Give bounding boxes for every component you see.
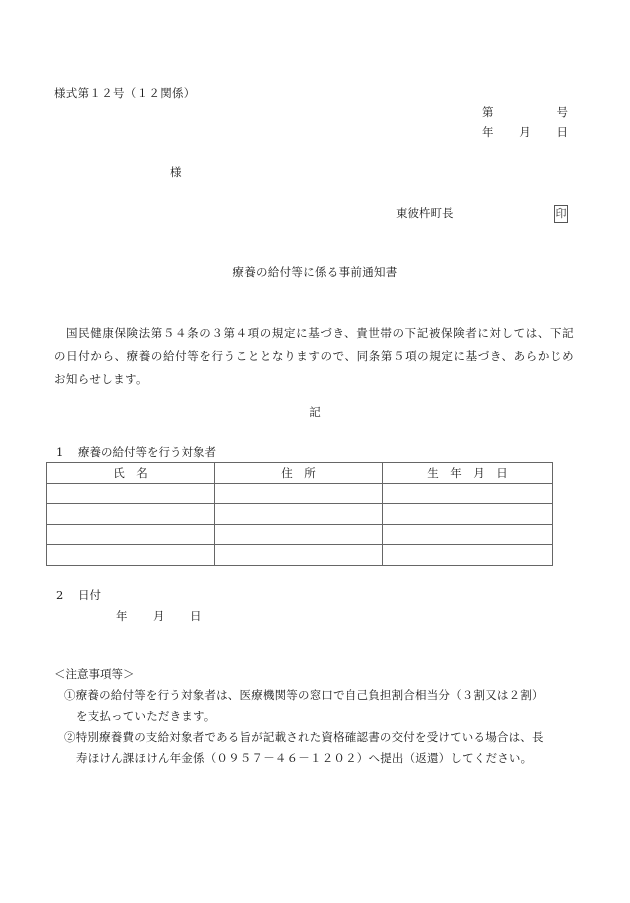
section-1-title: 療養の給付等を行う対象者 bbox=[78, 445, 216, 459]
doc-number-suffix: 号 bbox=[557, 107, 569, 119]
targets-table: 氏 名 住 所 生 年 月 日 bbox=[46, 462, 553, 566]
issue-date-month: 月 bbox=[519, 127, 531, 139]
cell-name bbox=[47, 524, 215, 545]
cell-name bbox=[47, 545, 215, 566]
effective-date-year: 年 bbox=[116, 611, 153, 623]
section-1-number: 1 bbox=[56, 447, 78, 459]
note-marker: ① bbox=[64, 688, 76, 702]
ki-heading: 記 bbox=[0, 407, 630, 419]
effective-date: 年 月 日 bbox=[116, 611, 227, 623]
recipient-honorific: 様 bbox=[170, 167, 182, 179]
document-title: 療養の給付等に係る事前通知書 bbox=[0, 267, 630, 279]
cell-address bbox=[215, 524, 383, 545]
cell-name bbox=[47, 483, 215, 504]
table-row bbox=[47, 524, 553, 545]
effective-date-month: 月 bbox=[153, 611, 190, 623]
issuer-name: 東彼杵町長 bbox=[396, 208, 454, 220]
form-number: 様式第１２号（１２関係） bbox=[54, 88, 196, 100]
column-header-address: 住 所 bbox=[215, 463, 383, 484]
issue-date: 年 月 日 bbox=[482, 127, 568, 139]
cell-address bbox=[215, 483, 383, 504]
cell-name bbox=[47, 504, 215, 525]
section-1-heading: 1療養の給付等を行う対象者 bbox=[56, 447, 216, 459]
issue-date-year: 年 bbox=[482, 127, 494, 139]
issue-date-day: 日 bbox=[557, 127, 569, 139]
note-text-line2: を支払っていただきます。 bbox=[64, 706, 574, 727]
note-text-line2: 寿ほけん課ほけん年金係（０９５７－４６－１２０２）へ提出（返還）してください。 bbox=[64, 748, 574, 769]
seal-mark: 印 bbox=[554, 205, 568, 223]
section-2-heading: 2日付 bbox=[56, 590, 101, 602]
note-item: ①療養の給付等を行う対象者は、医療機関等の窓口で自己負担割合相当分（３割又は２割… bbox=[64, 685, 574, 727]
note-text-line1: 特別療養費の支給対象者である旨が記載された資格確認書の交付を受けている場合は、長 bbox=[76, 730, 544, 744]
column-header-birthdate: 生 年 月 日 bbox=[383, 463, 553, 484]
table-row bbox=[47, 545, 553, 566]
cell-birthdate bbox=[383, 524, 553, 545]
cell-address bbox=[215, 545, 383, 566]
cell-address bbox=[215, 504, 383, 525]
note-item: ②特別療養費の支給対象者である旨が記載された資格確認書の交付を受けている場合は、… bbox=[64, 727, 574, 769]
section-2-title: 日付 bbox=[78, 588, 101, 602]
section-2-number: 2 bbox=[56, 590, 78, 602]
body-paragraph: 国民健康保険法第５４条の３第４項の規定に基づき、貴世帯の下記被保険者に対しては、… bbox=[54, 322, 574, 391]
document-number: 第 号 bbox=[482, 107, 568, 119]
notes-heading: ＜注意事項等＞ bbox=[54, 669, 135, 681]
table-row bbox=[47, 504, 553, 525]
column-header-name: 氏 名 bbox=[47, 463, 215, 484]
cell-birthdate bbox=[383, 545, 553, 566]
note-marker: ② bbox=[64, 730, 76, 744]
cell-birthdate bbox=[383, 483, 553, 504]
effective-date-day: 日 bbox=[190, 611, 227, 623]
table-row bbox=[47, 483, 553, 504]
cell-birthdate bbox=[383, 504, 553, 525]
doc-number-prefix: 第 bbox=[482, 107, 494, 119]
table-header-row: 氏 名 住 所 生 年 月 日 bbox=[47, 463, 553, 484]
note-text-line1: 療養の給付等を行う対象者は、医療機関等の窓口で自己負担割合相当分（３割又は２割） bbox=[76, 688, 544, 702]
